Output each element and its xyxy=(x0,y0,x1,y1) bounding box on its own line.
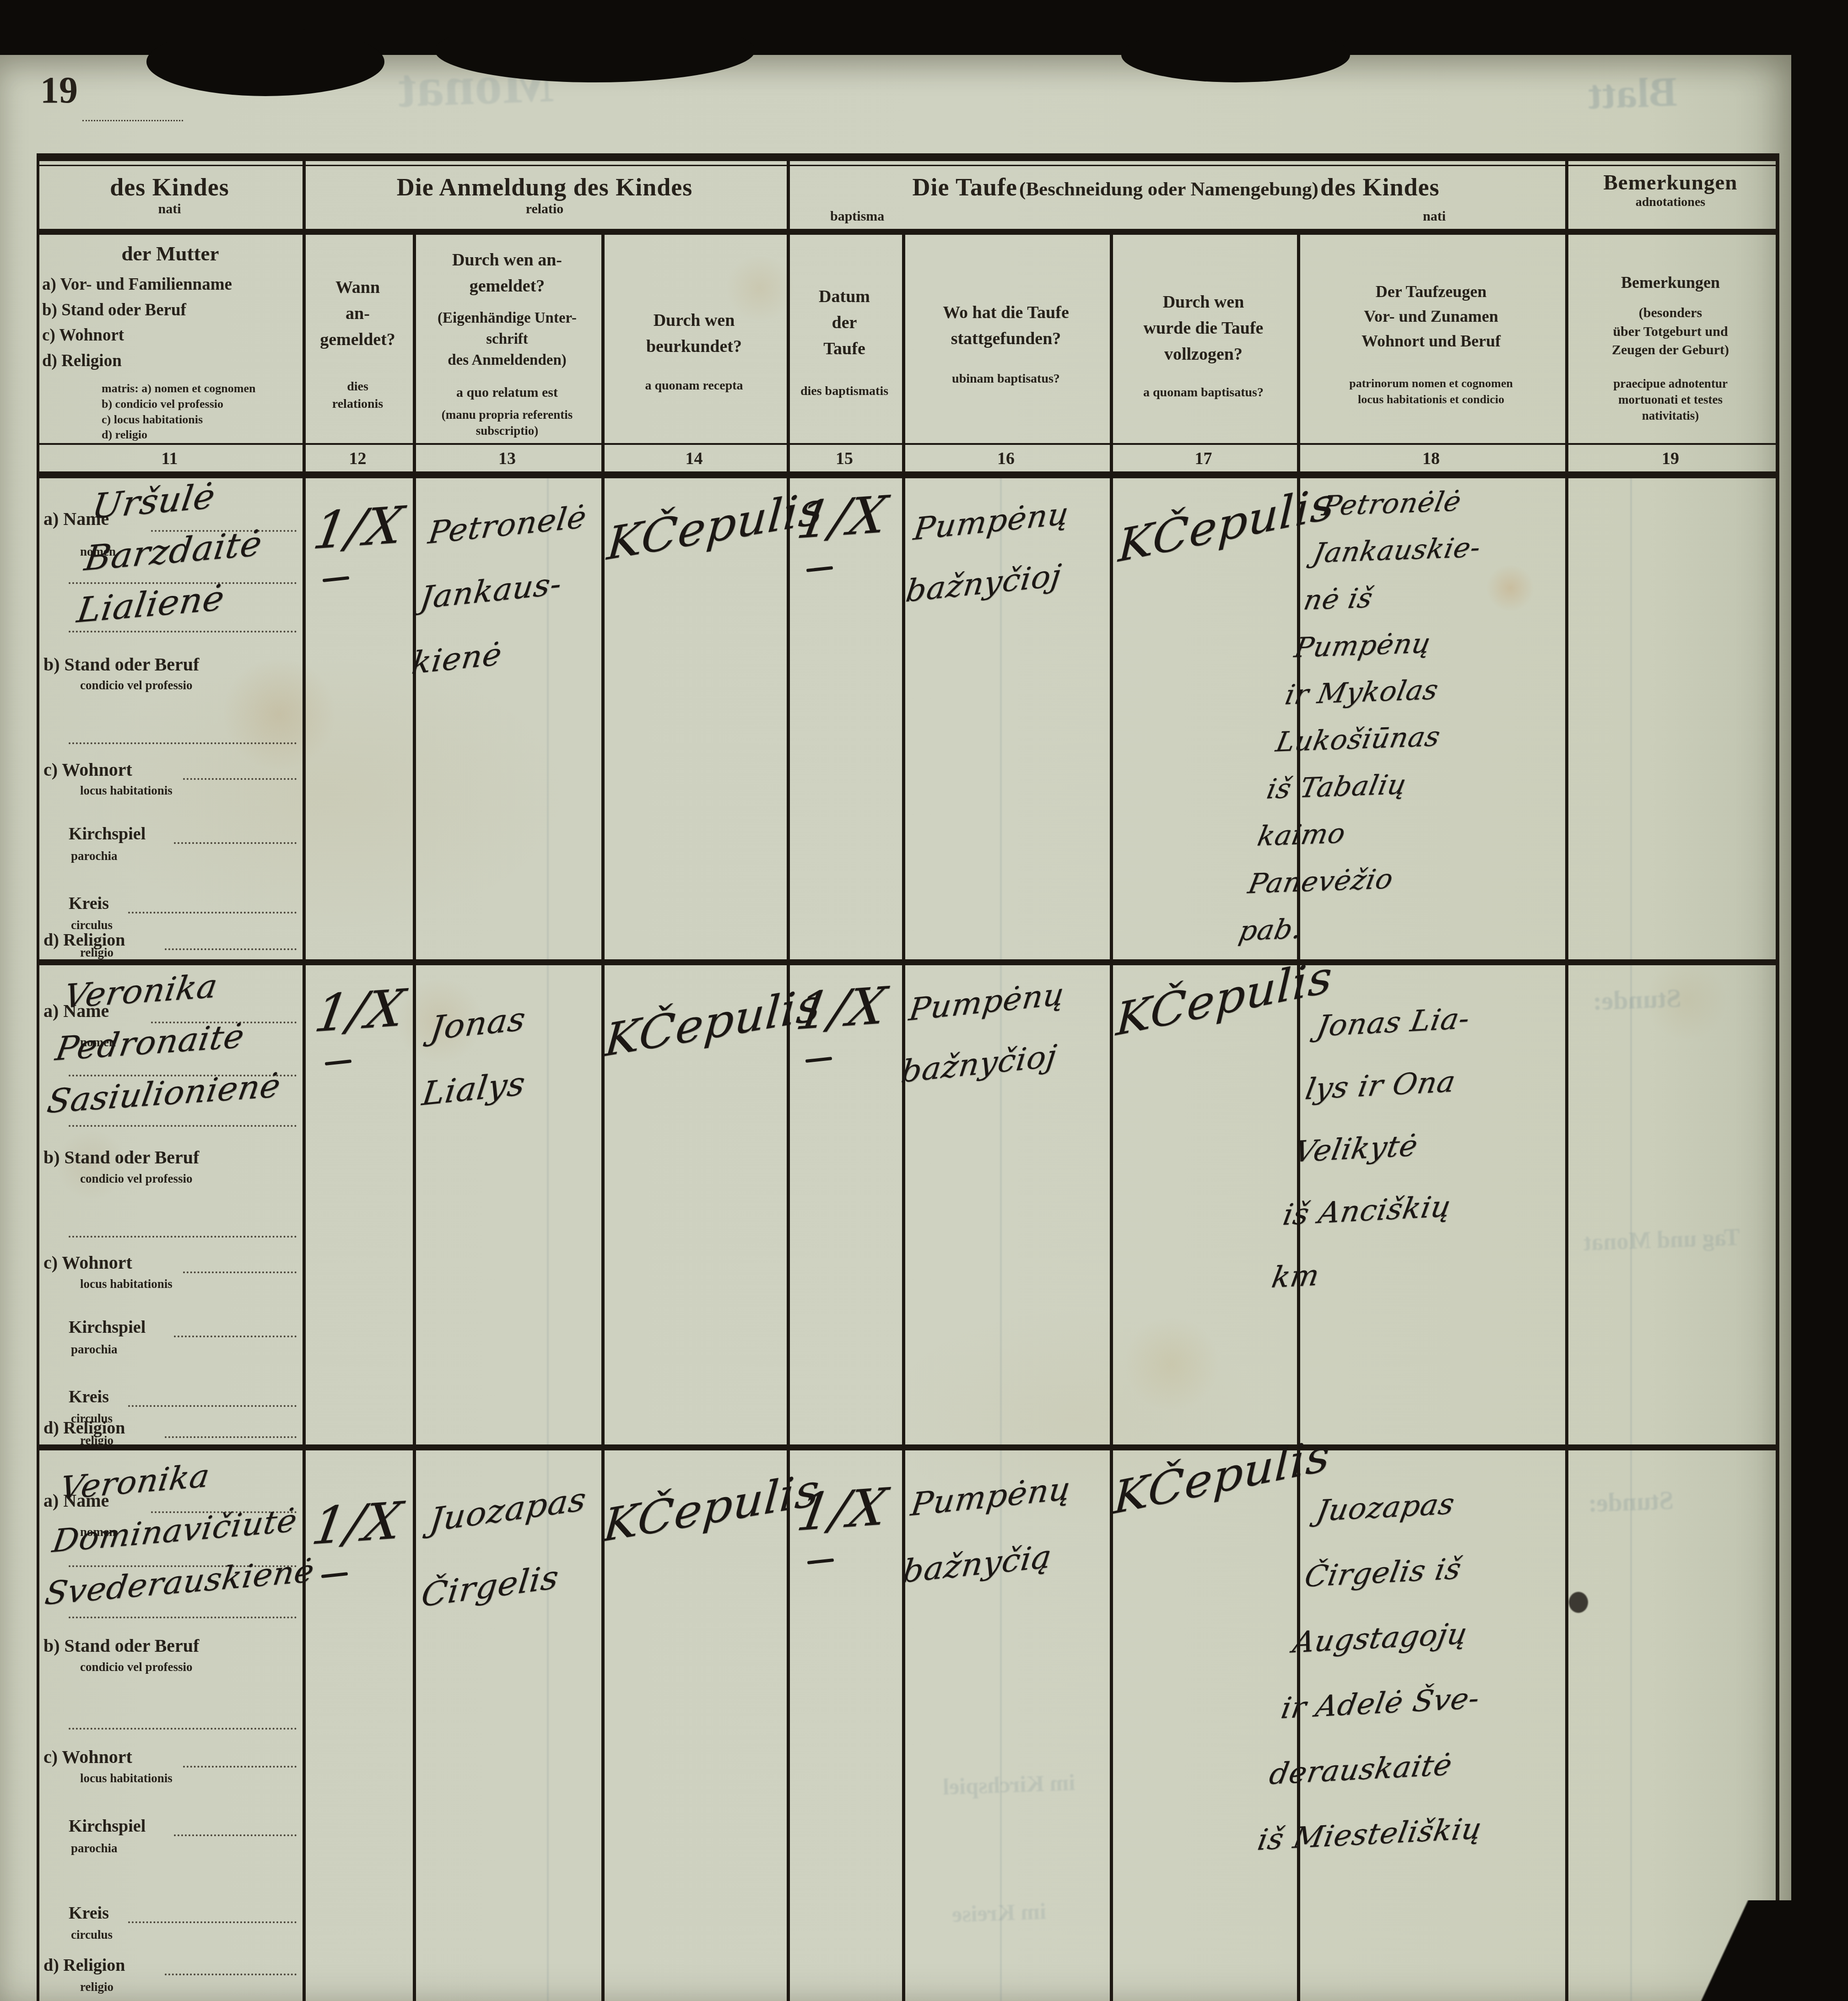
row2-label-wohnort-la: locus habitationis xyxy=(80,1277,173,1291)
subheader-col18-de: Der Taufzeugen Vor- und Zunamen Wohnort … xyxy=(1297,279,1565,353)
subheader-col13-la: a quo relatum est xyxy=(413,385,601,400)
subheader-col15: Datum der Taufe dies baptismatis xyxy=(787,284,902,400)
table-rule-v xyxy=(601,229,605,2001)
fill-line xyxy=(183,1271,297,1273)
subheader-col16-la: ubinam baptisatus? xyxy=(902,370,1110,388)
row1-label-stand: b) Stand oder Beruf xyxy=(43,654,199,675)
row1-anmelder: Petronelė Jankaus- kienė xyxy=(408,485,590,696)
fill-line xyxy=(174,1834,297,1836)
row2-label-wohnort: c) Wohnort xyxy=(43,1252,132,1273)
row3-label-kreis: Kreis xyxy=(69,1903,109,1923)
subheader-col12-de: Wann an- gemeldet? xyxy=(303,275,413,353)
row3-angemeldet-date: 1/X xyxy=(308,1495,405,1552)
column-number-18: 18 xyxy=(1297,449,1565,469)
header-des-kindes-sub: nati xyxy=(158,201,181,216)
header-des-kindes: des Kindes nati xyxy=(37,173,303,217)
row3-label-kreis-la: circulus xyxy=(71,1928,113,1942)
table-rule-h xyxy=(37,471,1779,478)
page-number-dotline xyxy=(82,120,183,121)
table-rule-v xyxy=(787,153,790,2001)
row1-label-kreis: Kreis xyxy=(69,893,109,914)
fill-line xyxy=(165,948,297,950)
subheader-col14-la: a quonam recepta xyxy=(601,377,787,395)
row1-label-stand-la: condicio vel professio xyxy=(80,678,193,692)
header-taufe-sub-nati: nati xyxy=(1423,209,1446,224)
row2-anmelder: Jonas Lialys xyxy=(418,985,538,1126)
bleedthrough-im-kreise: im Kreise xyxy=(951,1898,1047,1927)
fill-line xyxy=(174,1336,297,1337)
scan-edge-blob xyxy=(435,18,755,82)
subheader-mutter-latin: matris: a) nomen et cognomen b) condicio… xyxy=(102,381,298,443)
row1-mother-name: Uršulė Barzdaitė Lialienė xyxy=(74,465,273,637)
column-number-14: 14 xyxy=(601,449,787,469)
row1-label-wohnort-la: locus habitationis xyxy=(80,784,173,798)
fill-line xyxy=(165,1974,297,1975)
fill-line xyxy=(69,1617,297,1618)
page-number: 19 xyxy=(40,69,78,112)
row3-mother-name: Veronika Dominavičiutė Svederauskienė xyxy=(42,1439,333,1621)
subheader-col13-de: Durch wen an- gemeldet? xyxy=(413,247,601,299)
row3-label-stand-la: condicio vel professio xyxy=(80,1660,193,1674)
column-number-19: 19 xyxy=(1565,449,1776,469)
row3-taufe-date: 1/X xyxy=(794,1482,891,1539)
table-rule-v xyxy=(1110,229,1113,2001)
header-taufe-tail: des Kindes xyxy=(1320,173,1440,201)
row1-angemeldet-date: 1/X xyxy=(310,500,407,557)
subheader-col19-de: Bemerkungen xyxy=(1565,270,1776,295)
table-rule-h xyxy=(37,443,1779,445)
header-anmeldung-sub: relatio xyxy=(526,201,564,216)
bleedthrough-rule xyxy=(1000,474,1002,2001)
table-rule-h xyxy=(37,153,1779,161)
table-rule-h xyxy=(37,229,1779,235)
bleedthrough-im-kirchspiel: im Kirchspiel xyxy=(942,1769,1075,1800)
column-number-11: 11 xyxy=(37,449,303,469)
subheader-col16-de: Wo hat die Taufe stattgefunden? xyxy=(902,300,1110,352)
fill-line xyxy=(183,778,297,780)
subheader-col19: Bemerkungen (besonders über Totgeburt un… xyxy=(1565,270,1776,424)
header-bemerkungen-title: Bemerkungen xyxy=(1604,171,1738,195)
header-des-kindes-title: des Kindes xyxy=(110,173,229,201)
row2-mother-name: Veronika Pedronaitė Sasiulionienė xyxy=(43,954,302,1128)
fill-line xyxy=(69,1236,297,1238)
header-anmeldung: Die Anmeldung des Kindes relatio xyxy=(303,173,787,217)
subheader-col13: Durch wen an- gemeldet? (Eigenhändige Un… xyxy=(413,247,601,439)
subheader-mutter: der Mutter a) Vor- und Familienname b) S… xyxy=(42,242,298,443)
row2-label-stand-la: condicio vel professio xyxy=(80,1172,193,1186)
column-number-17: 17 xyxy=(1110,449,1297,469)
bleedthrough-tag-und-monat: Tag und Monat xyxy=(1583,1224,1740,1256)
column-number-13: 13 xyxy=(413,449,601,469)
subheader-col17-de: Durch wen wurde die Taufe vollzogen? xyxy=(1110,289,1297,368)
header-taufe: Die Taufe (Beschneidung oder Namengebung… xyxy=(787,173,1565,201)
subheader-col17: Durch wen wurde die Taufe vollzogen? a q… xyxy=(1110,289,1297,401)
table-rule-h xyxy=(37,165,1779,166)
row1-label-wohnort: c) Wohnort xyxy=(43,759,132,780)
table-rule-v xyxy=(902,229,905,2001)
fill-line xyxy=(174,842,297,844)
row3-label-kirchspiel: Kirchspiel xyxy=(69,1816,146,1836)
scan-edge-blob xyxy=(1121,27,1350,82)
row3-label-religion-la: religio xyxy=(80,1980,113,1994)
subheader-col18: Der Taufzeugen Vor- und Zunamen Wohnort … xyxy=(1297,279,1565,407)
scan-edge-right xyxy=(1791,0,1848,2001)
subheader-col15-de: Datum der Taufe xyxy=(787,284,902,362)
fill-line xyxy=(128,912,297,914)
bleedthrough-blatt: Blatt xyxy=(1587,67,1678,119)
fill-line xyxy=(128,1405,297,1407)
subheader-col19-paren: (besonders über Totgeburt und Zeugen der… xyxy=(1565,304,1776,360)
row1-label-kirchspiel: Kirchspiel xyxy=(69,824,146,844)
fill-line xyxy=(69,1125,297,1127)
table-rule-v xyxy=(303,153,306,2001)
subheader-col15-la: dies baptismatis xyxy=(787,383,902,400)
register-page-scan: Monat Blatt Stunde: Tag und Monat Stunde… xyxy=(0,0,1848,2001)
row1-taufe-ort: Pumpėnų bažnyčioj xyxy=(902,483,1073,622)
scan-edge-blob xyxy=(146,27,384,96)
row2-taufe-ort: Pumpėnų bažnyčioj xyxy=(897,963,1068,1103)
fill-line xyxy=(69,1728,297,1730)
row2-angemeldet-date: 1/X xyxy=(311,983,408,1040)
subheader-col12: Wann an- gemeldet? dies relationis xyxy=(303,275,413,413)
subheader-col14-de: Durch wen beurkundet? xyxy=(601,308,787,360)
row3-anmelder: Juozapas Čirgelis xyxy=(417,1462,590,1633)
row2-label-kreis: Kreis xyxy=(69,1387,109,1407)
row3-label-stand: b) Stand oder Beruf xyxy=(43,1635,199,1656)
row2-label-stand: b) Stand oder Beruf xyxy=(43,1147,199,1168)
bleedthrough-rule xyxy=(1630,474,1632,2001)
header-bemerkungen: Bemerkungen adnotationes xyxy=(1565,170,1776,210)
fill-line xyxy=(69,742,297,744)
header-bemerkungen-sub: adnotationes xyxy=(1636,195,1705,209)
bleedthrough-stunde: Stunde: xyxy=(1592,983,1682,1017)
row2-label-religion-la: religio xyxy=(80,1433,113,1448)
table-rule-v xyxy=(413,229,416,2001)
row1-label-kirchspiel-la: parochia xyxy=(71,849,118,863)
row2-label-kirchspiel-la: parochia xyxy=(71,1342,118,1357)
row2-taufe-date: 1/X xyxy=(793,980,890,1038)
subheader-col19-la: praecipue adnotentur mortuonati et teste… xyxy=(1565,376,1776,424)
subheader-col17-la: a quonam baptisatus? xyxy=(1110,384,1297,401)
subheader-col16: Wo hat die Taufe stattgefunden? ubinam b… xyxy=(902,300,1110,388)
ink-blot xyxy=(1569,1592,1588,1613)
fill-line xyxy=(128,1921,297,1923)
column-number-12: 12 xyxy=(303,449,413,469)
table-rule-v xyxy=(37,153,39,2001)
row1-label-religion-la: religio xyxy=(80,946,113,960)
row3-taufe-ort: Pumpėnų bažnyčią xyxy=(898,1455,1075,1605)
subheader-col12-la: dies relationis xyxy=(303,378,413,413)
row3-label-religion: d) Religion xyxy=(43,1955,125,1975)
row3-label-wohnort-la: locus habitationis xyxy=(80,1771,173,1785)
subheader-mutter-items: a) Vor- und Familienname b) Stand oder B… xyxy=(42,272,298,373)
row3-label-kirchspiel-la: parochia xyxy=(71,1841,118,1855)
header-taufe-sub-baptisma: baptisma xyxy=(830,209,884,224)
header-anmeldung-title: Die Anmeldung des Kindes xyxy=(397,173,693,201)
fill-line xyxy=(183,1766,297,1768)
subheader-col14: Durch wen beurkundet? a quonam recepta xyxy=(601,308,787,395)
column-number-15: 15 xyxy=(787,449,902,469)
header-taufe-paren: (Beschneidung oder Namengebung) xyxy=(1019,178,1318,200)
subheader-mutter-title: der Mutter xyxy=(42,242,298,265)
row2-label-kirchspiel: Kirchspiel xyxy=(69,1317,146,1337)
bleedthrough-rule xyxy=(547,474,549,2001)
row1-taufe-date: 1/X xyxy=(794,489,891,546)
table-rule-v xyxy=(1565,153,1568,2001)
table-rule-v xyxy=(1776,153,1779,2001)
fill-line xyxy=(165,1436,297,1438)
subheader-col13-la2: (manu propria referentis subscriptio) xyxy=(413,407,601,439)
header-taufe-title: Die Taufe xyxy=(913,173,1018,201)
column-number-16: 16 xyxy=(902,449,1110,469)
subheader-col18-la: patrinorum nomen et cognomen locus habit… xyxy=(1297,375,1565,407)
row3-label-wohnort: c) Wohnort xyxy=(43,1746,132,1768)
scan-edge-corner xyxy=(1636,1900,1791,2001)
subheader-col13-paren: (Eigenhändige Unter- schrift des Anmelde… xyxy=(413,308,601,371)
